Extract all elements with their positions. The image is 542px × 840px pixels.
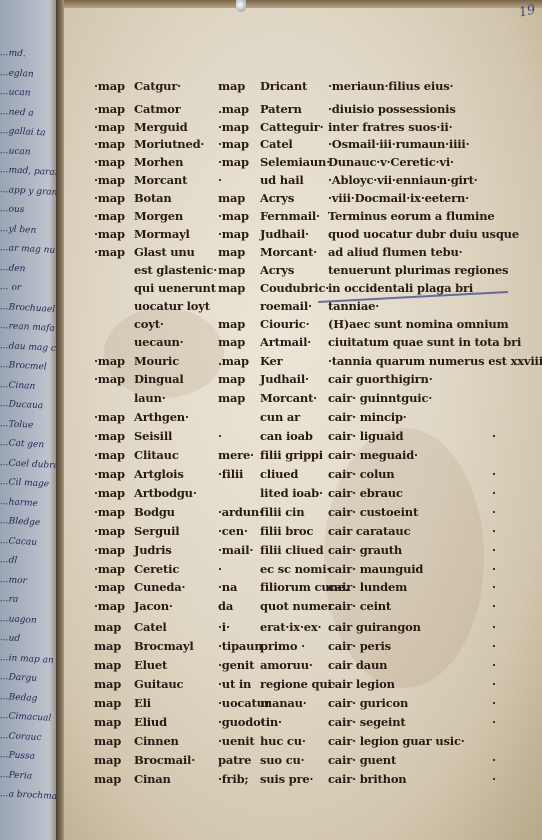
row-c5: cair· segeint xyxy=(328,714,405,730)
row-c2: Clitauc xyxy=(134,447,179,463)
row-c5: ·meriaun·filius eius· xyxy=(328,78,453,94)
genealogy-row: ·mapGlast unumapMorcant·ad aliud flumen … xyxy=(0,244,542,260)
row-c4: filii grippi xyxy=(260,447,323,463)
row-c5: cair guorthigirn· xyxy=(328,371,433,387)
row-c4: Judhail· xyxy=(260,371,309,387)
genealogy-row: ·mapDingualmapJudhail·cair guorthigirn· xyxy=(0,371,542,387)
row-c1: ·map xyxy=(94,244,125,260)
row-c3: ·tipaun xyxy=(218,638,263,654)
row-c4: filii cliued xyxy=(260,542,323,558)
genealogy-row: ·mapCatgur·mapDricant·meriaun·filius eiu… xyxy=(0,78,542,94)
row-c2: uecaun· xyxy=(134,334,183,350)
row-c2: qui uenerunt xyxy=(134,280,216,296)
row-c2: Eluet xyxy=(134,657,167,673)
row-c3: ·na xyxy=(218,579,237,595)
row-c2: Mormayl xyxy=(134,226,190,242)
row-c4: filii broc xyxy=(260,523,313,539)
genealogy-row: qui ueneruntmapCoudubric·in occidentali … xyxy=(0,280,542,296)
row-c5: cair· legion guar usic· xyxy=(328,733,465,749)
row-c2: Artbodgu· xyxy=(134,485,197,501)
genealogy-row: mapEliud·guodotin··cair· segeint· xyxy=(0,714,542,730)
genealogy-row: mapEluet·genitamoruu·cair daun· xyxy=(0,657,542,673)
row-c1: map xyxy=(94,619,121,635)
row-c2: Morhen xyxy=(134,154,183,170)
row-c2: Morcant xyxy=(134,172,187,188)
genealogy-row: ·mapCeretic·ec sc nomi·cair· maunguid· xyxy=(0,561,542,577)
row-end-mark: · xyxy=(492,561,496,577)
row-c5: cair· peris xyxy=(328,638,391,654)
genealogy-row: ·mapMoriutned··mapCatel·Osmail·iii·rumau… xyxy=(0,136,542,152)
row-c1: ·map xyxy=(94,172,125,188)
row-c1: ·map xyxy=(94,447,125,463)
left-page-line: ...md. xyxy=(0,48,26,59)
row-c5: quod uocatur dubr duiu usque xyxy=(328,226,519,242)
row-end-mark: · xyxy=(492,428,496,444)
row-c5: ·Abloyc·vii·enniaun·girt· xyxy=(328,172,478,188)
genealogy-row: ·mapMorgen·mapFernmail·Terminus eorum a … xyxy=(0,208,542,224)
row-c4: lited ioab· xyxy=(260,485,323,501)
row-end-mark: · xyxy=(492,598,496,614)
row-c4: ud hail xyxy=(260,172,304,188)
row-c3: ·mail· xyxy=(218,542,253,558)
row-c3: map xyxy=(218,334,245,350)
row-end-mark: · xyxy=(492,485,496,501)
left-page-line: ...a brochmael xyxy=(0,789,58,802)
row-c2: Botan xyxy=(134,190,172,206)
genealogy-row: mapBrocmayl·tipaunprimo ·cair· peris· xyxy=(0,638,542,654)
row-c3: ·map xyxy=(218,154,249,170)
row-c4: Catteguir· xyxy=(260,119,323,135)
row-c5: cair· ceint xyxy=(328,598,391,614)
row-c3: map xyxy=(218,371,245,387)
row-c4: quot numer xyxy=(260,598,334,614)
row-c2: Brocmail· xyxy=(134,752,195,768)
genealogy-row: ·mapArthgen·cun arcair· mincip· xyxy=(0,409,542,425)
row-c2: Cuneda· xyxy=(134,579,185,595)
row-c2: Judris xyxy=(134,542,172,558)
row-c5: cair· colun xyxy=(328,466,394,482)
genealogy-row: ·mapMerguid·mapCatteguir·inter fratres s… xyxy=(0,119,542,135)
genealogy-row: ·mapMormayl·mapJudhail·quod uocatur dubr… xyxy=(0,226,542,242)
row-c3: ·map xyxy=(218,119,249,135)
row-c5: ad aliud flumen tebu· xyxy=(328,244,462,260)
row-c3: ·cen· xyxy=(218,523,248,539)
row-c3: · xyxy=(218,561,222,577)
row-c3: patre xyxy=(218,752,251,768)
genealogy-row: ·mapJudris·mail·filii cliuedcair· grauth… xyxy=(0,542,542,558)
row-c1: ·map xyxy=(94,371,125,387)
row-c5: cair legion xyxy=(328,676,395,692)
row-c5: cair· meguaid· xyxy=(328,447,418,463)
row-c1: ·map xyxy=(94,485,125,501)
row-c3: ·map xyxy=(218,226,249,242)
row-end-mark: · xyxy=(492,695,496,711)
row-end-mark: · xyxy=(492,771,496,787)
genealogy-row: ·mapArtglois·filiicliuedcair· colun· xyxy=(0,466,542,482)
row-c5: tanniae· xyxy=(328,298,379,314)
row-c5: cair· grauth xyxy=(328,542,402,558)
genealogy-row: ·mapMouric.mapKer·tannia quarum numerus … xyxy=(0,353,542,369)
row-c3: ·frib; xyxy=(218,771,248,787)
row-end-mark: · xyxy=(492,752,496,768)
row-c1: ·map xyxy=(94,119,125,135)
row-c3: ·uenit xyxy=(218,733,255,749)
row-c4: Ciouric· xyxy=(260,316,309,332)
row-c1: ·map xyxy=(94,226,125,242)
row-c2: Ceretic xyxy=(134,561,179,577)
row-c3: ·map xyxy=(218,208,249,224)
row-c5: cair daun xyxy=(328,657,387,673)
row-c5: cair· custoeint xyxy=(328,504,418,520)
row-c5: cair· mincip· xyxy=(328,409,407,425)
row-c2: Bodgu xyxy=(134,504,175,520)
row-c1: map xyxy=(94,638,121,654)
row-c2: Morgen xyxy=(134,208,183,224)
row-c3: map xyxy=(218,262,245,278)
row-c5: ·viii·Docmail·ix·eetern· xyxy=(328,190,469,206)
row-c5: cair· guinntguic· xyxy=(328,390,432,406)
row-c2: Serguil xyxy=(134,523,179,539)
row-c2: uocatur loyt xyxy=(134,298,210,314)
row-c5: cair· maunguid xyxy=(328,561,423,577)
row-c2: Dingual xyxy=(134,371,184,387)
row-c4: suo cu· xyxy=(260,752,304,768)
row-c4: Ker xyxy=(260,353,283,369)
row-c2: Artglois xyxy=(134,466,184,482)
row-c1: ·map xyxy=(94,353,125,369)
genealogy-row: mapBrocmail·patresuo cu·cair· guent· xyxy=(0,752,542,768)
row-c5: cair· guricon xyxy=(328,695,408,711)
row-c3: .map xyxy=(218,353,249,369)
row-c1: ·map xyxy=(94,504,125,520)
row-c3: ·i· xyxy=(218,619,230,635)
row-c4: Acrys xyxy=(260,262,294,278)
row-c3: ·genit xyxy=(218,657,254,673)
row-c1: ·map xyxy=(94,190,125,206)
row-c1: ·map xyxy=(94,409,125,425)
row-c4: Morcant· xyxy=(260,390,317,406)
row-c5: inter fratres suos·ii· xyxy=(328,119,452,135)
row-c2: Brocmayl xyxy=(134,638,194,654)
row-end-mark: · xyxy=(492,523,496,539)
row-c5: cair· lundem xyxy=(328,579,407,595)
row-c2: Glast unu xyxy=(134,244,195,260)
row-c4: Fernmail· xyxy=(260,208,320,224)
row-c2: Cinan xyxy=(134,771,171,787)
row-c2: Catmor xyxy=(134,101,181,117)
row-end-mark: · xyxy=(492,504,496,520)
row-c1: ·map xyxy=(94,561,125,577)
row-c1: ·map xyxy=(94,523,125,539)
row-c2: Cinnen xyxy=(134,733,179,749)
row-c2: est glastenic· xyxy=(134,262,217,278)
row-end-mark: · xyxy=(492,638,496,654)
row-c1: ·map xyxy=(94,78,125,94)
row-c3: ·ut in xyxy=(218,676,251,692)
row-c3: map xyxy=(218,244,245,260)
row-c4: Artmail· xyxy=(260,334,311,350)
genealogy-row: ·mapMorcant·ud hail·Abloyc·vii·enniaun·g… xyxy=(0,172,542,188)
row-c4: Selemiaun· xyxy=(260,154,330,170)
genealogy-row: ·mapSerguil·cen·filii broccair caratauc· xyxy=(0,523,542,539)
row-c4: huc cu· xyxy=(260,733,306,749)
row-end-mark: · xyxy=(492,676,496,692)
row-c4: cun ar xyxy=(260,409,300,425)
row-c5: cair guirangon xyxy=(328,619,421,635)
row-end-mark: · xyxy=(492,714,496,730)
genealogy-row: ·mapCuneda··nafiliorum cune.cair· lundem… xyxy=(0,579,542,595)
row-c5: tenuerunt plurimas regiones xyxy=(328,262,508,278)
row-c5: cair· guent xyxy=(328,752,396,768)
row-c4: regione qui· xyxy=(260,676,336,692)
row-c1: ·map xyxy=(94,101,125,117)
row-c3: · xyxy=(218,172,222,188)
row-c2: Seisill xyxy=(134,428,172,444)
row-c2: Eliud xyxy=(134,714,167,730)
row-c3: · xyxy=(218,428,222,444)
row-c4: Acrys xyxy=(260,190,294,206)
row-c4: Dricant xyxy=(260,78,307,94)
row-c4: can ioab xyxy=(260,428,313,444)
row-c1: map xyxy=(94,676,121,692)
genealogy-row: coyt·mapCiouric·(H)aec sunt nomina omniu… xyxy=(0,316,542,332)
genealogy-row: mapCinnen·uenithuc cu·cair· legion guar … xyxy=(0,733,542,749)
genealogy-row: ·mapCatmor.mapPatern·diuisio possessioni… xyxy=(0,101,542,117)
row-c3: ·filii xyxy=(218,466,243,482)
genealogy-row: ·mapArtbodgu·lited ioab·cair· ebrauc· xyxy=(0,485,542,501)
row-c4: filii cin xyxy=(260,504,304,520)
row-c4: cliued xyxy=(260,466,298,482)
row-c1: map xyxy=(94,771,121,787)
row-c4: suis pre· xyxy=(260,771,313,787)
genealogy-row: ·mapJacon·daquot numercair· ceint· xyxy=(0,598,542,614)
row-c1: ·map xyxy=(94,598,125,614)
genealogy-row: mapCinan·frib;suis pre·cair· brithon· xyxy=(0,771,542,787)
row-c3: ·map xyxy=(218,136,249,152)
row-end-mark: · xyxy=(492,579,496,595)
pin-marker xyxy=(236,0,246,12)
row-c4: erat·ix·ex· xyxy=(260,619,321,635)
row-c5: Dunauc·v·Ceretic·vi· xyxy=(328,154,454,170)
row-c1: map xyxy=(94,695,121,711)
row-c5: ciuitatum quae sunt in tota bri xyxy=(328,334,521,350)
row-c5: cair· brithon xyxy=(328,771,406,787)
row-c3: ·ardun· xyxy=(218,504,263,520)
row-c3: .map xyxy=(218,101,249,117)
row-c2: Jacon· xyxy=(134,598,173,614)
row-end-mark: · xyxy=(492,657,496,673)
row-c2: Catel xyxy=(134,619,167,635)
row-c4: Morcant· xyxy=(260,244,317,260)
row-c5: in occidentali plaga bri xyxy=(328,280,473,296)
row-c2: Guitauc xyxy=(134,676,183,692)
row-c4: manau· xyxy=(260,695,307,711)
row-c1: ·map xyxy=(94,466,125,482)
row-c1: ·map xyxy=(94,579,125,595)
row-c2: Arthgen· xyxy=(134,409,189,425)
row-c5: Terminus eorum a flumine xyxy=(328,208,494,224)
genealogy-row: ·mapClitaucmere·filii grippicair· meguai… xyxy=(0,447,542,463)
row-c4: primo · xyxy=(260,638,305,654)
row-c4: amoruu· xyxy=(260,657,313,673)
row-c2: Moriutned· xyxy=(134,136,204,152)
row-c4: Coudubric· xyxy=(260,280,329,296)
row-c5: cair caratauc xyxy=(328,523,410,539)
row-c3: mere· xyxy=(218,447,254,463)
genealogy-row: est glastenic·mapAcrystenuerunt plurimas… xyxy=(0,262,542,278)
row-c5: ·Osmail·iii·rumaun·iiii· xyxy=(328,136,469,152)
row-c1: ·map xyxy=(94,542,125,558)
row-c4: roemail· xyxy=(260,298,312,314)
row-c3: map xyxy=(218,190,245,206)
row-c1: ·map xyxy=(94,428,125,444)
genealogy-row: ·mapMorhen·mapSelemiaun·Dunauc·v·Ceretic… xyxy=(0,154,542,170)
row-c3: map xyxy=(218,78,245,94)
row-c5: (H)aec sunt nomina omnium xyxy=(328,316,509,332)
row-c2: Merguid xyxy=(134,119,188,135)
row-c1: map xyxy=(94,733,121,749)
row-end-mark: · xyxy=(492,542,496,558)
row-c2: coyt· xyxy=(134,316,164,332)
row-c1: map xyxy=(94,657,121,673)
genealogy-row: ·mapBodgu·ardun·filii cincair· custoeint… xyxy=(0,504,542,520)
row-c5: cair· ebrauc xyxy=(328,485,403,501)
row-c4: Patern xyxy=(260,101,302,117)
row-c3: ·guodotin· xyxy=(218,714,282,730)
row-c1: map xyxy=(94,752,121,768)
row-end-mark: · xyxy=(492,466,496,482)
genealogy-row: mapEli·uocaturmanau·cair· guricon· xyxy=(0,695,542,711)
row-c4: Judhail· xyxy=(260,226,309,242)
genealogy-row: ·mapBotanmapAcrys·viii·Docmail·ix·eetern… xyxy=(0,190,542,206)
row-c2: Catgur· xyxy=(134,78,181,94)
genealogy-row: ·mapSeisill·can ioabcair· liguaid· xyxy=(0,428,542,444)
row-c5: cair· liguaid xyxy=(328,428,403,444)
row-c2: laun· xyxy=(134,390,166,406)
genealogy-row: mapGuitauc·ut inregione qui·cair legion· xyxy=(0,676,542,692)
row-c2: Eli xyxy=(134,695,151,711)
row-c4: · xyxy=(260,714,264,730)
row-c5: ·diuisio possessionis xyxy=(328,101,456,117)
row-c3: map xyxy=(218,390,245,406)
row-c4: Catel xyxy=(260,136,293,152)
row-c3: da xyxy=(218,598,233,614)
genealogy-row: mapCatel·i·erat·ix·ex·cair guirangon· xyxy=(0,619,542,635)
genealogy-row: uocatur loytroemail·tanniae· xyxy=(0,298,542,314)
row-c1: ·map xyxy=(94,136,125,152)
row-c3: map xyxy=(218,316,245,332)
row-end-mark: · xyxy=(492,619,496,635)
row-c4: ec sc nomi· xyxy=(260,561,330,577)
row-c1: map xyxy=(94,714,121,730)
row-c1: ·map xyxy=(94,208,125,224)
genealogy-row: uecaun·mapArtmail·ciuitatum quae sunt in… xyxy=(0,334,542,350)
row-c1: ·map xyxy=(94,154,125,170)
genealogy-row: laun·mapMorcant·cair· guinntguic· xyxy=(0,390,542,406)
row-c2: Mouric xyxy=(134,353,179,369)
row-c3: map xyxy=(218,280,245,296)
row-c5: ·tannia quarum numerus est xxviii· xyxy=(328,353,542,369)
